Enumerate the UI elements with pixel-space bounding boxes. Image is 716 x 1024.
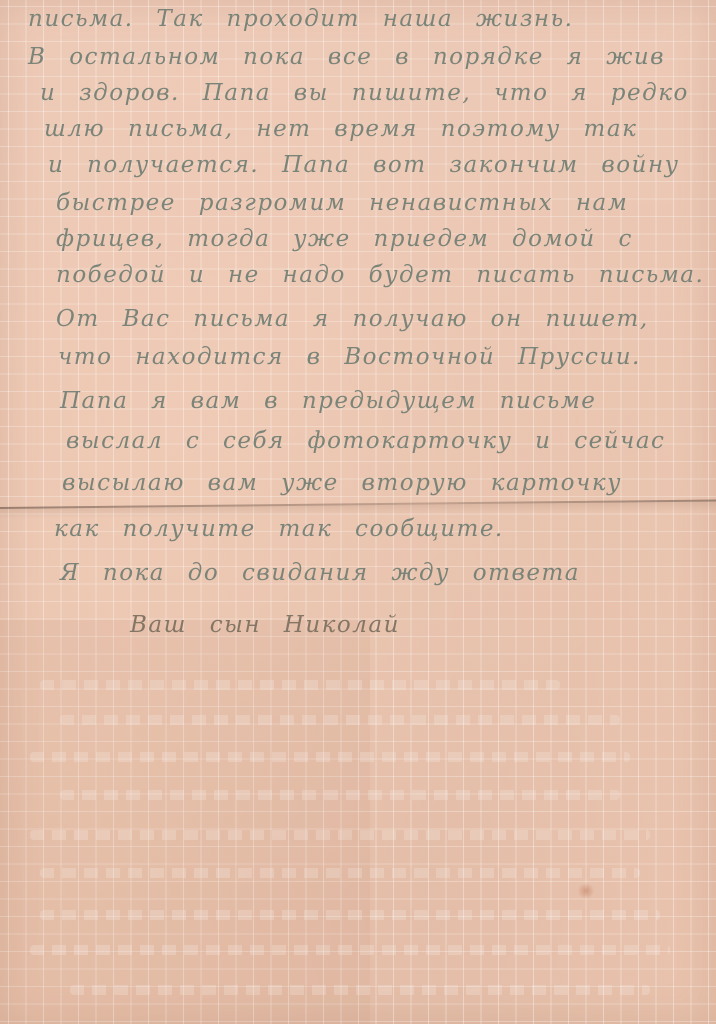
signature: Ваш сын Николай <box>130 612 400 638</box>
letter-line: и получается. Папа вот закончим войну <box>48 152 679 178</box>
letter-line: письма. Так проходит наша жизнь. <box>28 6 573 32</box>
letter-line: фрицев, тогда уже приедем домой с <box>56 226 633 252</box>
letter-line: Папа я вам в предыдущем письме <box>60 388 596 414</box>
letter-line: победой и не надо будет писать письма. <box>56 262 704 288</box>
letter-line: выслал с себя фотокарточку и сейчас <box>66 428 665 454</box>
letter-line: В остальном пока все в порядке я жив <box>28 44 665 70</box>
letter-line: как получите так сообщите. <box>54 516 504 542</box>
letter-line: что находится в Восточной Пруссии. <box>58 344 641 370</box>
letter-line: От Вас письма я получаю он пишет, <box>56 306 649 332</box>
letter-line: быстрее разгромим ненавистных нам <box>56 190 628 216</box>
letter-line: Я пока до свидания жду ответа <box>60 560 580 586</box>
paper-discoloration <box>0 620 370 1024</box>
paper-stain <box>578 882 594 900</box>
letter-line: шлю письма, нет время поэтому так <box>44 116 637 142</box>
reverse-side-bleed-through <box>0 640 716 1024</box>
letter-page: письма. Так проходит наша жизнь. В остал… <box>0 0 716 1024</box>
letter-line: и здоров. Папа вы пишите, что я редко <box>40 80 689 106</box>
letter-line: высылаю вам уже вторую карточку <box>62 470 622 496</box>
